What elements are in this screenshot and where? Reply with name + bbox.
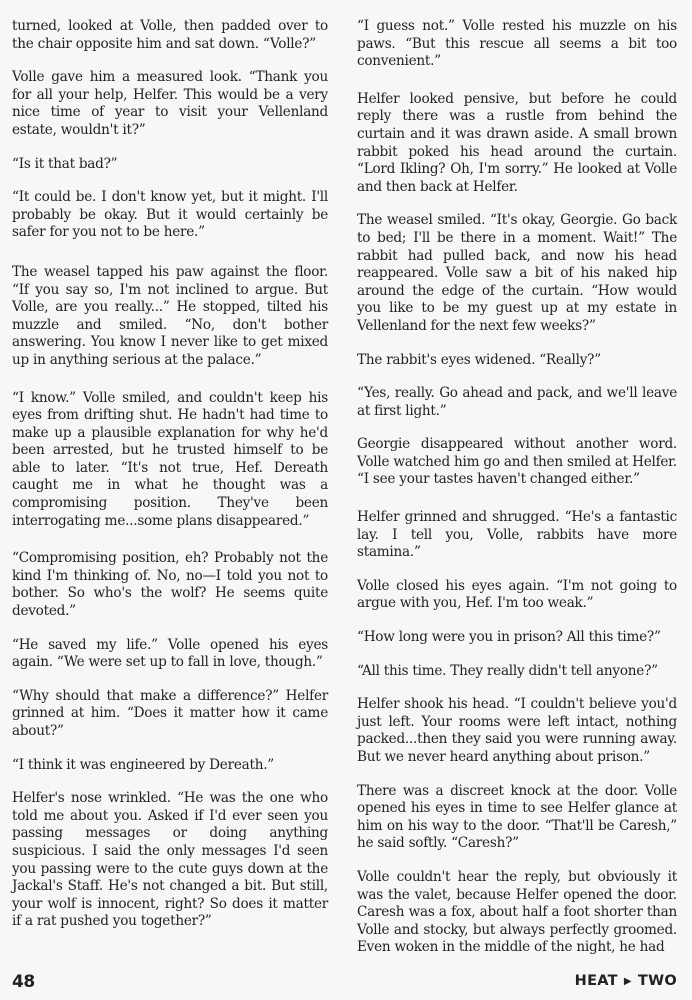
paragraph: “Yes, really. Go ahead and pack, and we'…: [357, 385, 677, 420]
footer-title-left: HEAT: [575, 973, 618, 989]
paragraph: Georgie disappeared without another word…: [357, 436, 677, 489]
footer-title-right: TWO: [638, 973, 677, 989]
paragraph: The weasel smiled. “It's okay, Georgie. …: [357, 212, 677, 335]
paragraph: “All this time. They really didn't tell …: [357, 663, 677, 681]
paragraph: “I think it was engineered by Dereath.”: [12, 757, 328, 775]
paragraph: Helfer grinned and shrugged. “He's a fan…: [357, 509, 677, 562]
play-arrow-icon: ▶: [624, 976, 632, 987]
paragraph: Helfer shook his head. “I couldn't belie…: [357, 696, 677, 766]
paragraph: “Compromising position, eh? Probably not…: [12, 550, 328, 620]
paragraph: The weasel tapped his paw against the fl…: [12, 264, 328, 370]
page-number: 48: [12, 972, 35, 992]
book-page: turned, looked at Volle, then padded ove…: [0, 0, 692, 1000]
paragraph: Volle closed his eyes again. “I'm not go…: [357, 578, 677, 613]
paragraph: Helfer's nose wrinkled. “He was the one …: [12, 790, 328, 931]
paragraph: “It could be. I don't know yet, but it m…: [12, 189, 328, 242]
paragraph: “I know.” Volle smiled, and couldn't kee…: [12, 390, 328, 531]
right-column: “I guess not.” Volle rested his muzzle o…: [357, 18, 677, 973]
paragraph: Helfer looked pensive, but before he cou…: [357, 91, 677, 197]
paragraph: “I guess not.” Volle rested his muzzle o…: [357, 18, 677, 71]
paragraph: “Why should that make a difference?” Hel…: [12, 688, 328, 741]
left-column: turned, looked at Volle, then padded ove…: [12, 18, 328, 947]
paragraph: “He saved my life.” Volle opened his eye…: [12, 637, 328, 672]
running-footer: HEAT ▶ TWO: [575, 973, 677, 989]
paragraph: The rabbit's eyes widened. “Really?”: [357, 352, 677, 370]
paragraph: “How long were you in prison? All this t…: [357, 629, 677, 647]
paragraph: There was a discreet knock at the door. …: [357, 783, 677, 853]
paragraph: Volle couldn't hear the reply, but obvio…: [357, 869, 677, 957]
paragraph: Volle gave him a measured look. “Thank y…: [12, 69, 328, 139]
paragraph: “Is it that bad?”: [12, 156, 328, 174]
paragraph: turned, looked at Volle, then padded ove…: [12, 18, 328, 53]
